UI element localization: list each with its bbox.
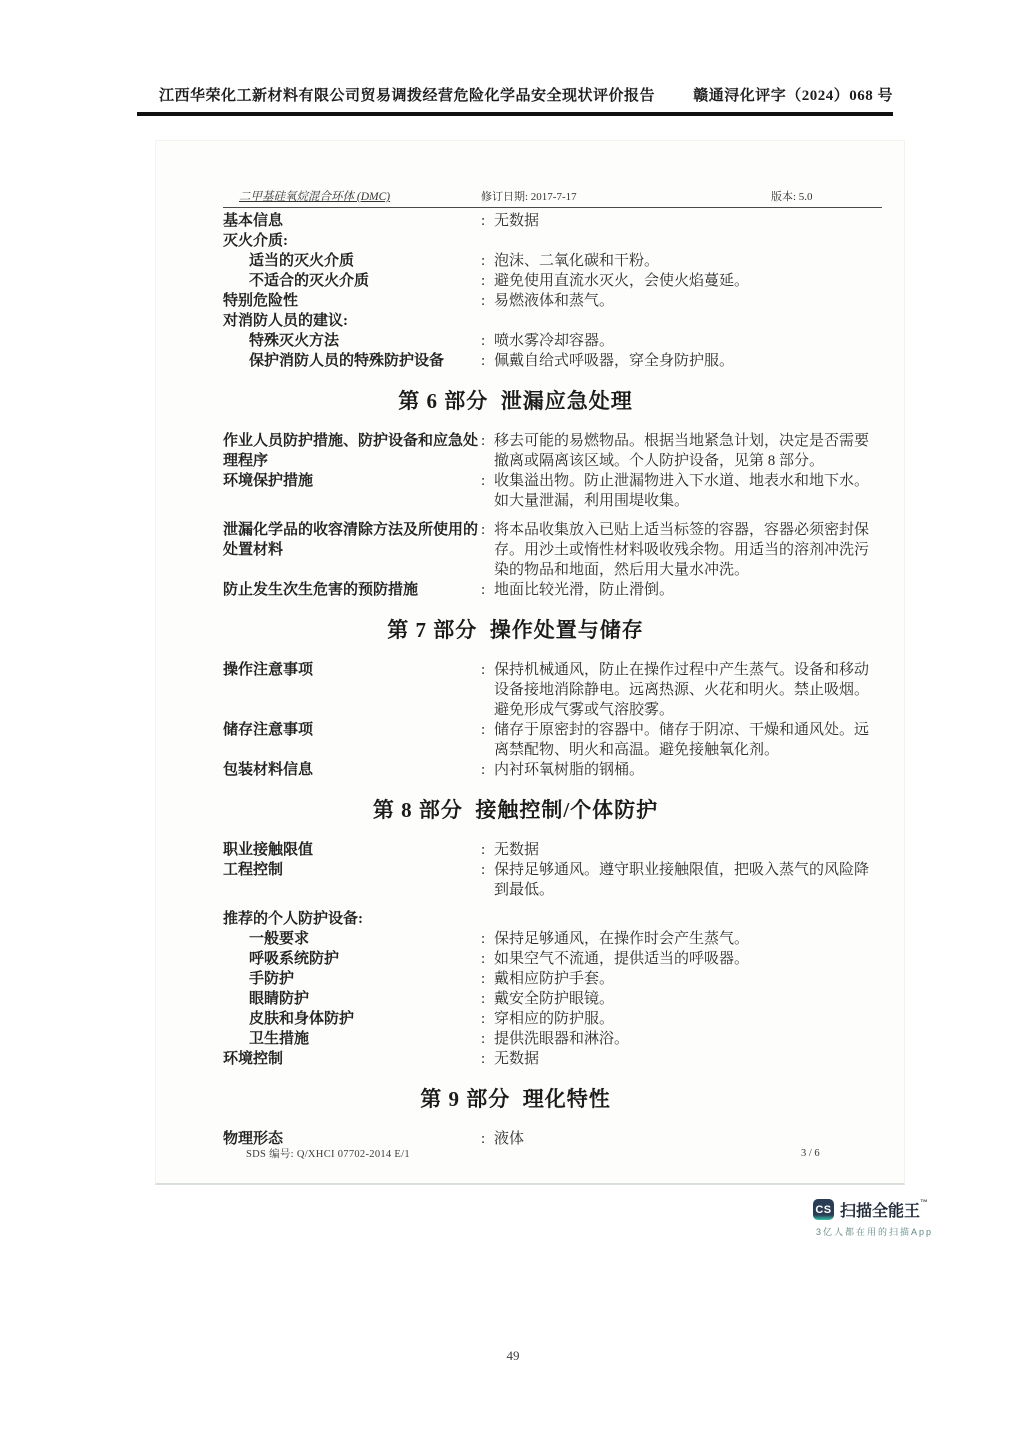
field-value-text: 移去可能的易燃物品。根据当地紧急计划，决定是否需要撤离或隔离该区域。个人防护设备… bbox=[494, 431, 874, 471]
field-label: 环境控制 bbox=[223, 1049, 481, 1069]
field-row: 包装材料信息:内衬环氧树脂的钢桶。 bbox=[223, 760, 874, 780]
colon-separator: : bbox=[481, 431, 494, 471]
field-label: 推荐的个人防护设备: bbox=[223, 909, 481, 929]
camscanner-watermark: CS 扫描全能王™ 3亿人都在用的扫描App bbox=[813, 1198, 973, 1238]
sds-revision-date: 修订日期: 2017-7-17 bbox=[481, 188, 577, 204]
field-row: 作业人员防护措施、防护设备和应急处理程序:移去可能的易燃物品。根据当地紧急计划，… bbox=[223, 431, 874, 471]
field-row: 操作注意事项:保持机械通风，防止在操作过程中产生蒸气。设备和移动设备接地消除静电… bbox=[223, 660, 874, 720]
field-value-text: 无数据 bbox=[494, 211, 874, 231]
camscanner-app-name: 扫描全能王™ bbox=[840, 1198, 928, 1221]
field-value-text: 避免使用直流水灭火，会使火焰蔓延。 bbox=[494, 271, 874, 291]
sds-page-header: 二甲基硅氧烷混合环体 (DMC) 修订日期: 2017-7-17 版本: 5.0 bbox=[223, 185, 882, 208]
field-label: 泄漏化学品的收容清除方法及所使用的处置材料 bbox=[223, 520, 481, 560]
field-label: 对消防人员的建议: bbox=[223, 311, 481, 331]
field-value: :内衬环氧树脂的钢桶。 bbox=[481, 760, 874, 780]
sds-body: 基本信息:无数据灭火介质:适当的灭火介质:泡沫、二氧化碳和干粉。不适合的灭火介质… bbox=[223, 211, 874, 1149]
field-row: 呼吸系统防护:如果空气不流通，提供适当的呼吸器。 bbox=[223, 949, 874, 969]
field-value-text: 保持机械通风，防止在操作过程中产生蒸气。设备和移动设备接地消除静电。远离热源、火… bbox=[494, 660, 874, 720]
field-row: 卫生措施:提供洗眼器和淋浴。 bbox=[223, 1029, 874, 1049]
trademark-mark: ™ bbox=[920, 1198, 928, 1207]
camscanner-tagline: 3亿人都在用的扫描App bbox=[816, 1225, 973, 1238]
field-row: 防止发生次生危害的预防措施:地面比较光滑，防止滑倒。 bbox=[223, 580, 874, 600]
field-value-text: 内衬环氧树脂的钢桶。 bbox=[494, 760, 874, 780]
colon-separator: : bbox=[481, 840, 494, 860]
field-label: 一般要求 bbox=[223, 929, 481, 949]
field-value: :无数据 bbox=[481, 840, 874, 860]
field-value-text: 戴安全防护眼镜。 bbox=[494, 989, 874, 1009]
field-value-text: 提供洗眼器和淋浴。 bbox=[494, 1029, 874, 1049]
field-row: 特别危险性:易燃液体和蒸气。 bbox=[223, 291, 874, 311]
field-value-text: 收集溢出物。防止泄漏物进入下水道、地表水和地下水。如大量泄漏，利用围堤收集。 bbox=[494, 471, 874, 511]
field-value-text: 无数据 bbox=[494, 1049, 874, 1069]
field-value: :喷水雾冷却容器。 bbox=[481, 331, 874, 351]
field-label: 特殊灭火方法 bbox=[223, 331, 481, 351]
camscanner-logo-row: CS 扫描全能王™ bbox=[813, 1198, 973, 1221]
field-value: :将本品收集放入已贴上适当标签的容器，容器必须密封保存。用沙土或惰性材料吸收残余… bbox=[481, 520, 874, 580]
field-value-text: 戴相应防护手套。 bbox=[494, 969, 874, 989]
field-row: 环境控制:无数据 bbox=[223, 1049, 874, 1069]
field-value: :保持机械通风，防止在操作过程中产生蒸气。设备和移动设备接地消除静电。远离热源、… bbox=[481, 660, 874, 720]
report-doc-number: 赣通浔化评字（2024）068 号 bbox=[693, 84, 893, 105]
field-value-text: 保持足够通风。遵守职业接触限值，把吸入蒸气的风险降到最低。 bbox=[494, 860, 874, 900]
field-value-text: 保持足够通风，在操作时会产生蒸气。 bbox=[494, 929, 874, 949]
field-label: 基本信息 bbox=[223, 211, 481, 231]
section-heading: 第 9 部分 理化特性 bbox=[223, 1085, 874, 1113]
section-heading: 第 6 部分 泄漏应急处理 bbox=[223, 387, 874, 415]
colon-separator: : bbox=[481, 271, 494, 291]
field-value: :佩戴自给式呼吸器，穿全身防护服。 bbox=[481, 351, 874, 371]
colon-separator: : bbox=[481, 291, 494, 311]
field-row: 眼睛防护:戴安全防护眼镜。 bbox=[223, 989, 874, 1009]
field-value-text: 喷水雾冷却容器。 bbox=[494, 331, 874, 351]
colon-separator: : bbox=[481, 351, 494, 371]
field-row: 适当的灭火介质:泡沫、二氧化碳和干粉。 bbox=[223, 251, 874, 271]
field-label: 职业接触限值 bbox=[223, 840, 481, 860]
field-value: :无数据 bbox=[481, 211, 874, 231]
sds-product-name: 二甲基硅氧烷混合环体 (DMC) bbox=[239, 188, 390, 204]
colon-separator: : bbox=[481, 1009, 494, 1029]
sds-version: 版本: 5.0 bbox=[771, 188, 813, 204]
field-label: 手防护 bbox=[223, 969, 481, 989]
field-label: 皮肤和身体防护 bbox=[223, 1009, 481, 1029]
colon-separator: : bbox=[481, 660, 494, 720]
field-value: :保持足够通风，在操作时会产生蒸气。 bbox=[481, 929, 874, 949]
field-row: 一般要求:保持足够通风，在操作时会产生蒸气。 bbox=[223, 929, 874, 949]
section-heading: 第 8 部分 接触控制/个体防护 bbox=[223, 796, 874, 824]
field-value-text: 易燃液体和蒸气。 bbox=[494, 291, 874, 311]
field-value: :穿相应的防护服。 bbox=[481, 1009, 874, 1029]
colon-separator: : bbox=[481, 949, 494, 969]
field-label: 呼吸系统防护 bbox=[223, 949, 481, 969]
field-value: :易燃液体和蒸气。 bbox=[481, 291, 874, 311]
field-value-text: 如果空气不流通，提供适当的呼吸器。 bbox=[494, 949, 874, 969]
group-label-row: 推荐的个人防护设备: bbox=[223, 909, 874, 929]
field-label: 储存注意事项 bbox=[223, 720, 481, 740]
colon-separator: : bbox=[481, 969, 494, 989]
field-value-text: 储存于原密封的容器中。储存于阴凉、干燥和通风处。远离禁配物、明火和高温。避免接触… bbox=[494, 720, 874, 760]
field-label: 眼睛防护 bbox=[223, 989, 481, 1009]
field-label: 不适合的灭火介质 bbox=[223, 271, 481, 291]
field-value: :戴相应防护手套。 bbox=[481, 969, 874, 989]
field-label: 作业人员防护措施、防护设备和应急处理程序 bbox=[223, 431, 481, 471]
camscanner-icon: CS bbox=[813, 1199, 834, 1220]
field-value: :地面比较光滑，防止滑倒。 bbox=[481, 580, 874, 600]
field-value: :储存于原密封的容器中。储存于阴凉、干燥和通风处。远离禁配物、明火和高温。避免接… bbox=[481, 720, 874, 760]
field-label: 卫生措施 bbox=[223, 1029, 481, 1049]
field-value: :无数据 bbox=[481, 1049, 874, 1069]
field-row: 基本信息:无数据 bbox=[223, 211, 874, 231]
field-row: 特殊灭火方法:喷水雾冷却容器。 bbox=[223, 331, 874, 351]
field-value: :泡沫、二氧化碳和干粉。 bbox=[481, 251, 874, 271]
colon-separator: : bbox=[481, 580, 494, 600]
group-label-row: 灭火介质: bbox=[223, 231, 874, 251]
field-label: 适当的灭火介质 bbox=[223, 251, 481, 271]
field-row: 保护消防人员的特殊防护设备:佩戴自给式呼吸器，穿全身防护服。 bbox=[223, 351, 874, 371]
field-value: :避免使用直流水灭火，会使火焰蔓延。 bbox=[481, 271, 874, 291]
field-value: :如果空气不流通，提供适当的呼吸器。 bbox=[481, 949, 874, 969]
report-title: 江西华荣化工新材料有限公司贸易调拨经营危险化学品安全现状评价报告 bbox=[137, 84, 655, 105]
sds-number: SDS 编号: Q/XHCI 07702-2014 E/1 bbox=[246, 1146, 410, 1161]
colon-separator: : bbox=[481, 760, 494, 780]
field-row: 职业接触限值:无数据 bbox=[223, 840, 874, 860]
colon-separator: : bbox=[481, 1049, 494, 1069]
field-label: 特别危险性 bbox=[223, 291, 481, 311]
field-value: :提供洗眼器和淋浴。 bbox=[481, 1029, 874, 1049]
field-row: 皮肤和身体防护:穿相应的防护服。 bbox=[223, 1009, 874, 1029]
field-label: 环境保护措施 bbox=[223, 471, 481, 491]
field-label: 包装材料信息 bbox=[223, 760, 481, 780]
field-label: 工程控制 bbox=[223, 860, 481, 880]
field-row: 储存注意事项:储存于原密封的容器中。储存于阴凉、干燥和通风处。远离禁配物、明火和… bbox=[223, 720, 874, 760]
field-value-text: 液体 bbox=[494, 1129, 874, 1149]
field-value-text: 穿相应的防护服。 bbox=[494, 1009, 874, 1029]
field-label: 操作注意事项 bbox=[223, 660, 481, 680]
colon-separator: : bbox=[481, 211, 494, 231]
colon-separator: : bbox=[481, 471, 494, 511]
field-row: 环境保护措施:收集溢出物。防止泄漏物进入下水道、地表水和地下水。如大量泄漏，利用… bbox=[223, 471, 874, 511]
field-row: 工程控制:保持足够通风。遵守职业接触限值，把吸入蒸气的风险降到最低。 bbox=[223, 860, 874, 900]
field-value-text: 地面比较光滑，防止滑倒。 bbox=[494, 580, 874, 600]
field-value-text: 无数据 bbox=[494, 840, 874, 860]
field-row: 手防护:戴相应防护手套。 bbox=[223, 969, 874, 989]
scanned-document: 二甲基硅氧烷混合环体 (DMC) 修订日期: 2017-7-17 版本: 5.0… bbox=[155, 140, 905, 1185]
group-label-row: 对消防人员的建议: bbox=[223, 311, 874, 331]
field-value: :戴安全防护眼镜。 bbox=[481, 989, 874, 1009]
field-row: 不适合的灭火介质:避免使用直流水灭火，会使火焰蔓延。 bbox=[223, 271, 874, 291]
field-row: 泄漏化学品的收容清除方法及所使用的处置材料:将本品收集放入已贴上适当标签的容器，… bbox=[223, 520, 874, 580]
colon-separator: : bbox=[481, 860, 494, 900]
colon-separator: : bbox=[481, 251, 494, 271]
field-value: :液体 bbox=[481, 1129, 874, 1149]
field-value-text: 将本品收集放入已贴上适当标签的容器，容器必须密封保存。用沙土或惰性材料吸收残余物… bbox=[494, 520, 874, 580]
colon-separator: : bbox=[481, 1029, 494, 1049]
sds-page-indicator: 3 / 6 bbox=[801, 1148, 820, 1159]
colon-separator: : bbox=[481, 989, 494, 1009]
section-heading: 第 7 部分 操作处置与储存 bbox=[223, 616, 874, 644]
field-value: :保持足够通风。遵守职业接触限值，把吸入蒸气的风险降到最低。 bbox=[481, 860, 874, 900]
field-value: :收集溢出物。防止泄漏物进入下水道、地表水和地下水。如大量泄漏，利用围堤收集。 bbox=[481, 471, 874, 511]
colon-separator: : bbox=[481, 720, 494, 760]
report-header: 江西华荣化工新材料有限公司贸易调拨经营危险化学品安全现状评价报告 赣通浔化评字（… bbox=[137, 84, 893, 116]
field-value: :移去可能的易燃物品。根据当地紧急计划，决定是否需要撤离或隔离该区域。个人防护设… bbox=[481, 431, 874, 471]
colon-separator: : bbox=[481, 520, 494, 580]
colon-separator: : bbox=[481, 1129, 494, 1149]
page-number: 49 bbox=[0, 1348, 1026, 1364]
field-label: 灭火介质: bbox=[223, 231, 481, 251]
field-label: 保护消防人员的特殊防护设备 bbox=[223, 351, 481, 371]
field-value-text: 佩戴自给式呼吸器，穿全身防护服。 bbox=[494, 351, 874, 371]
field-label: 防止发生次生危害的预防措施 bbox=[223, 580, 481, 600]
colon-separator: : bbox=[481, 929, 494, 949]
field-value-text: 泡沫、二氧化碳和干粉。 bbox=[494, 251, 874, 271]
colon-separator: : bbox=[481, 331, 494, 351]
